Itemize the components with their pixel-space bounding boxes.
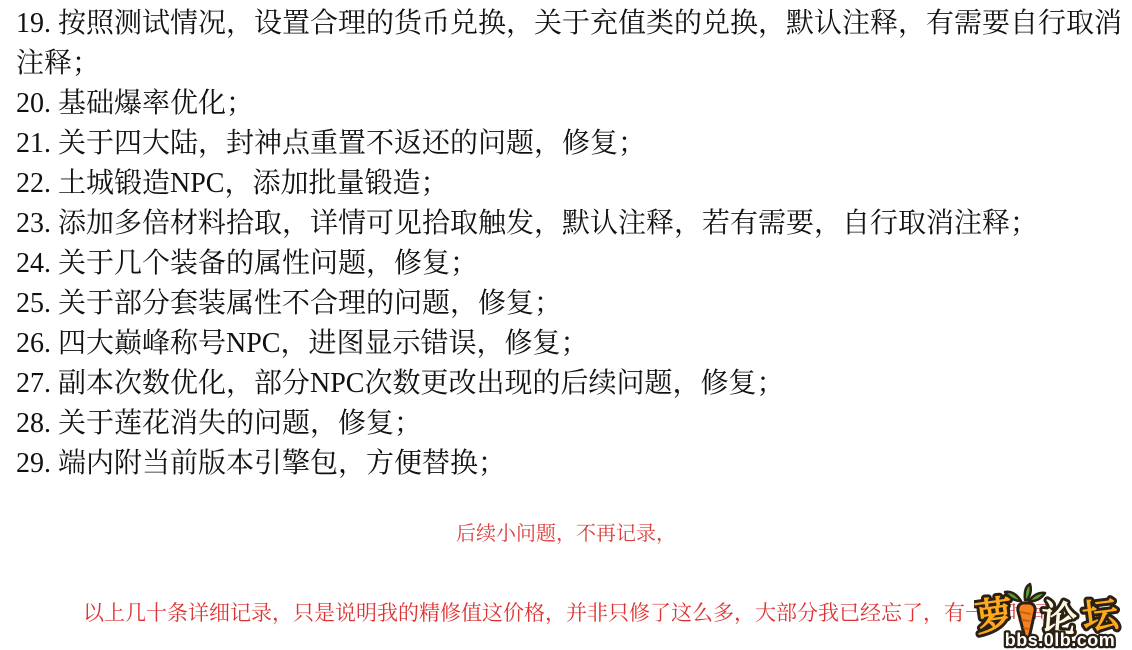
changelog-item-23: 23. 添加多倍材料拾取，详情可见拾取触发，默认注释，若有需要，自行取消注释； — [16, 204, 1128, 244]
changelog-item-19: 19. 按照测试情况，设置合理的货币兑换，关于充值类的兑换，默认注释，有需要自行… — [16, 4, 1128, 84]
changelog-item-27: 27. 副本次数优化，部分NPC次数更改出现的后续问题，修复； — [16, 364, 1128, 404]
changelog-item-29: 29. 端内附当前版本引擎包，方便替换； — [16, 444, 1128, 484]
forum-logo-watermark: 萝 论 坛 bbs.0lb.com — [974, 580, 1132, 650]
changelog-item-28: 28. 关于莲花消失的问题，修复； — [16, 404, 1128, 444]
followup-note: 后续小问题，不再记录， — [0, 520, 1132, 548]
logo-domain-text: bbs.0lb.com — [1005, 630, 1116, 650]
changelog-item-22: 22. 土城锻造NPC，添加批量锻造； — [16, 164, 1128, 204]
changelog-item-26: 26. 四大巅峰称号NPC，进图显示错误，修复； — [16, 324, 1128, 364]
document-page: 19. 按照测试情况，设置合理的货币兑换，关于充值类的兑换，默认注释，有需要自行… — [0, 0, 1132, 650]
changelog-item-25: 25. 关于部分套装属性不合理的问题，修复； — [16, 284, 1128, 324]
changelog-item-20: 20. 基础爆率优化； — [16, 84, 1128, 124]
changelog-list: 19. 按照测试情况，设置合理的货币兑换，关于充值类的兑换，默认注释，有需要自行… — [16, 4, 1128, 484]
changelog-item-24: 24. 关于几个装备的属性问题，修复； — [16, 244, 1128, 284]
changelog-item-21: 21. 关于四大陆，封神点重置不返还的问题，修复； — [16, 124, 1128, 164]
price-summary-note: 以上几十条详细记录，只是说明我的精修值这价格，并非只修了这么多，大部分我已经忘了… — [0, 599, 1132, 629]
